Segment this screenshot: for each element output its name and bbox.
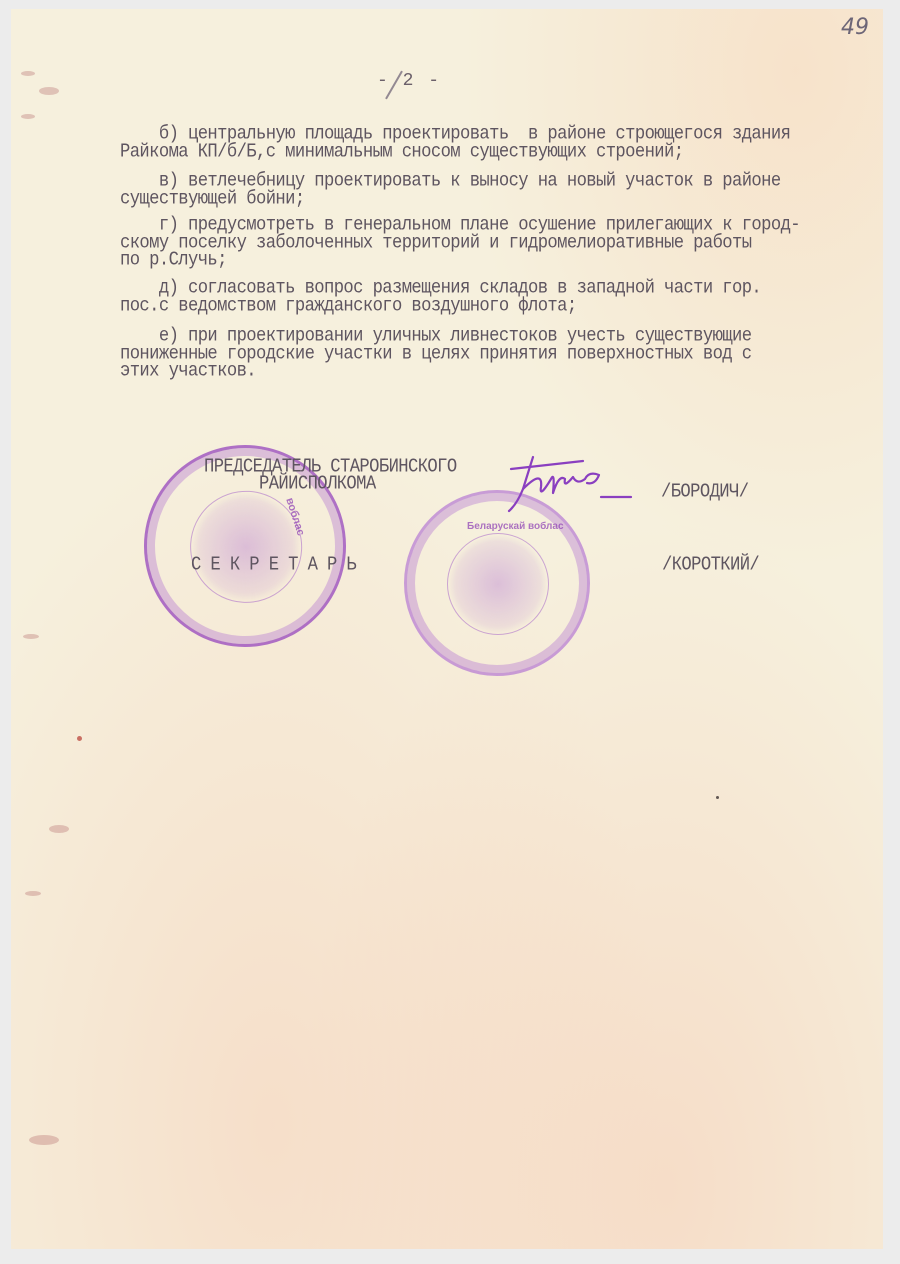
paper-speck bbox=[25, 891, 41, 896]
archive-page-number: 49 bbox=[841, 15, 869, 40]
paragraph-line: пос.с ведомством гражданского воздушного… bbox=[120, 297, 577, 317]
paragraph-line: по р.Случь; bbox=[120, 251, 227, 271]
stamp-right-inner-text: Беларускай воблас bbox=[467, 521, 564, 532]
paragraph-line: Райкома КП/б/Б,с минимальным сносом суще… bbox=[120, 143, 683, 163]
paper-speck bbox=[21, 114, 35, 119]
stamp-emblem-icon bbox=[447, 533, 550, 636]
chairman-name: /БОРОДИЧ/ bbox=[661, 483, 748, 503]
paper-speck bbox=[77, 736, 82, 741]
secretary-title: С Е К Р Е Т А Р Ь bbox=[191, 556, 356, 576]
paper-speck bbox=[716, 796, 719, 799]
paragraph-line: существующей бойни; bbox=[120, 190, 305, 210]
page-marker: - 2 - bbox=[377, 71, 441, 91]
chairman-title-line2: РАЙИСПОЛКОМА bbox=[259, 475, 376, 495]
paragraph-line: этих участков. bbox=[120, 362, 256, 382]
paper-speck bbox=[49, 825, 69, 833]
secretary-name: /КОРОТКИЙ/ bbox=[662, 556, 759, 576]
paper-speck bbox=[23, 634, 39, 639]
chairman-signature bbox=[503, 449, 643, 519]
paper-speck bbox=[39, 87, 59, 95]
paper-speck bbox=[21, 71, 35, 76]
document-page: 49 - 2 - б) центральную площадь проектир… bbox=[11, 9, 883, 1249]
paper-speck bbox=[29, 1135, 59, 1145]
